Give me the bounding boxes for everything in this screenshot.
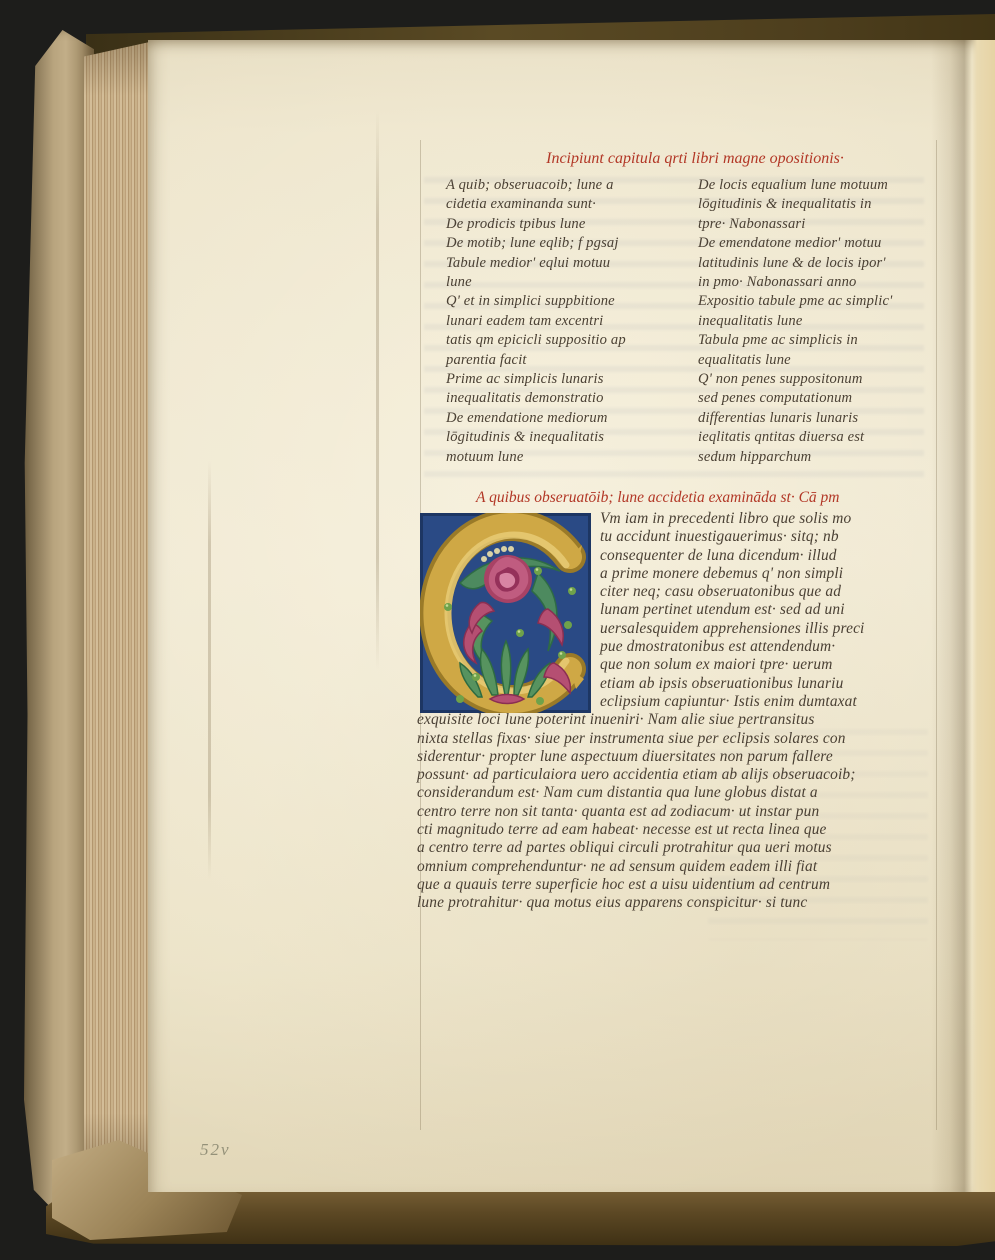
text-line: tpre· Nabonassari — [698, 215, 940, 234]
text-line: Expositio tabule pme ac simplic' — [698, 292, 940, 311]
text-line: motuum lune — [446, 448, 672, 467]
parchment-crease — [376, 110, 379, 670]
text-line: nixta stellas fixas· siue per instrument… — [417, 730, 940, 748]
text-line: sedum hipparchum — [698, 448, 940, 467]
text-line: lune — [446, 273, 672, 292]
illuminated-initial-C — [420, 513, 591, 713]
text-line: lōgitudinis & inequalitatis — [446, 428, 672, 447]
text-line: sed penes computationum — [698, 389, 940, 408]
parchment-page: Incipiunt capitula qrti libri magne opos… — [148, 40, 995, 1192]
gutter-shadow — [931, 40, 995, 1192]
text-line: lōgitudinis & inequalitatis in — [698, 195, 940, 214]
text-line: inequalitatis demonstratio — [446, 389, 672, 408]
text-line: A quib; obseruacoib; lune a — [446, 176, 672, 195]
text-line: differentias lunaris lunaris — [698, 409, 940, 428]
text-line: pue dmostratonibus est attendendum· — [600, 638, 940, 656]
text-line: cidetia examinanda sunt· — [446, 195, 672, 214]
chapter-text-indented: Vm iam in precedenti libro que solis mot… — [600, 510, 940, 711]
capitula-right-column: De locis equalium lune motuumlōgitudinis… — [672, 176, 940, 467]
text-line: a centro terre ad partes obliqui circuli… — [417, 839, 940, 857]
text-line: Q' et in simplici suppbitione — [446, 292, 672, 311]
text-line: que a quauis terre superficie hoc est a … — [417, 876, 940, 894]
text-line: citer neq; casu obseruatonibus que ad — [600, 583, 940, 601]
folio-number: 52v — [200, 1140, 231, 1160]
text-line: tatis qm epicicli suppositio ap — [446, 331, 672, 350]
capitula-left-column: A quib; obseruacoib; lune acidetia exami… — [420, 176, 672, 467]
manuscript-photo: { "folio_label": "52v", "colors": { "bac… — [0, 0, 995, 1260]
text-line: tu accidunt inuestigauerimus· sitq; nb — [600, 528, 940, 546]
text-line: lune protrahitur· qua motus eius apparen… — [417, 894, 940, 912]
text-line: Q' non penes suppositonum — [698, 370, 940, 389]
text-line: consequenter de luna dicendum· illud — [600, 547, 940, 565]
text-line: considerandum est· Nam cum distantia qua… — [417, 784, 940, 802]
text-line: lunari eadem tam excentri — [446, 312, 672, 331]
text-line: De motib; lune eqlib; f pgsaj — [446, 234, 672, 253]
chapter-body: Vm iam in precedenti libro que solis mot… — [420, 510, 940, 913]
text-line: equalitatis lune — [698, 351, 940, 370]
text-line: exquisite loci lune poterint inueniri· N… — [417, 711, 940, 729]
text-line: siderentur· propter lune aspectuum diuer… — [417, 748, 940, 766]
book-cover-edge — [24, 30, 94, 1232]
text-line: De locis equalium lune motuum — [698, 176, 940, 195]
text-line: De emendatione mediorum — [446, 409, 672, 428]
text-line: parentia facit — [446, 351, 672, 370]
parchment-crease — [208, 460, 211, 880]
page-stack-fore-edge — [84, 38, 152, 1194]
text-line: etiam ab ipsis obseruationibus lunariu — [600, 675, 940, 693]
text-line: inequalitatis lune — [698, 312, 940, 331]
text-line: Vm iam in precedenti libro que solis mo — [600, 510, 940, 528]
text-line: Tabule medior' eqlui motuu — [446, 254, 672, 273]
text-line: omnium comprehenduntur· ne ad sensum qui… — [417, 858, 940, 876]
text-line: possunt· ad particulaiora uero accidenti… — [417, 766, 940, 784]
text-line: De prodicis tpibus lune — [446, 215, 672, 234]
text-line: ieqlitatis qntitas diuersa est — [698, 428, 940, 447]
text-line: Tabula pme ac simplicis in — [698, 331, 940, 350]
text-line: centro terre non sit tanta· quanta est a… — [417, 803, 940, 821]
text-line: uersalesquidem apprehensiones illis prec… — [600, 620, 940, 638]
text-line: que non solum ex maiori tpre· uerum — [600, 656, 940, 674]
text-line: latitudinis lune & de locis ipor' — [698, 254, 940, 273]
text-line: in pmo· Nabonassari anno — [698, 273, 940, 292]
text-line: Prime ac simplicis lunaris — [446, 370, 672, 389]
initial-letter-artwork — [420, 513, 591, 713]
text-line: a prime monere debemus q' non simpli — [600, 565, 940, 583]
text-line: lunam pertinet utendum est· sed ad uni — [600, 601, 940, 619]
chapter-text-fullwidth: exquisite loci lune poterint inueniri· N… — [417, 711, 940, 912]
text-line: cti magnitudo terre ad eam habeat· neces… — [417, 821, 940, 839]
text-line: eclipsium capiuntur· Istis enim dumtaxat — [600, 693, 940, 711]
text-line: De emendatone medior' motuu — [698, 234, 940, 253]
capitula-list: A quib; obseruacoib; lune acidetia exami… — [420, 176, 940, 467]
capitula-heading: Incipiunt capitula qrti libri magne opos… — [420, 150, 936, 168]
chapter-rubric: A quibus obseruatōib; lune accidetia exa… — [420, 489, 940, 507]
